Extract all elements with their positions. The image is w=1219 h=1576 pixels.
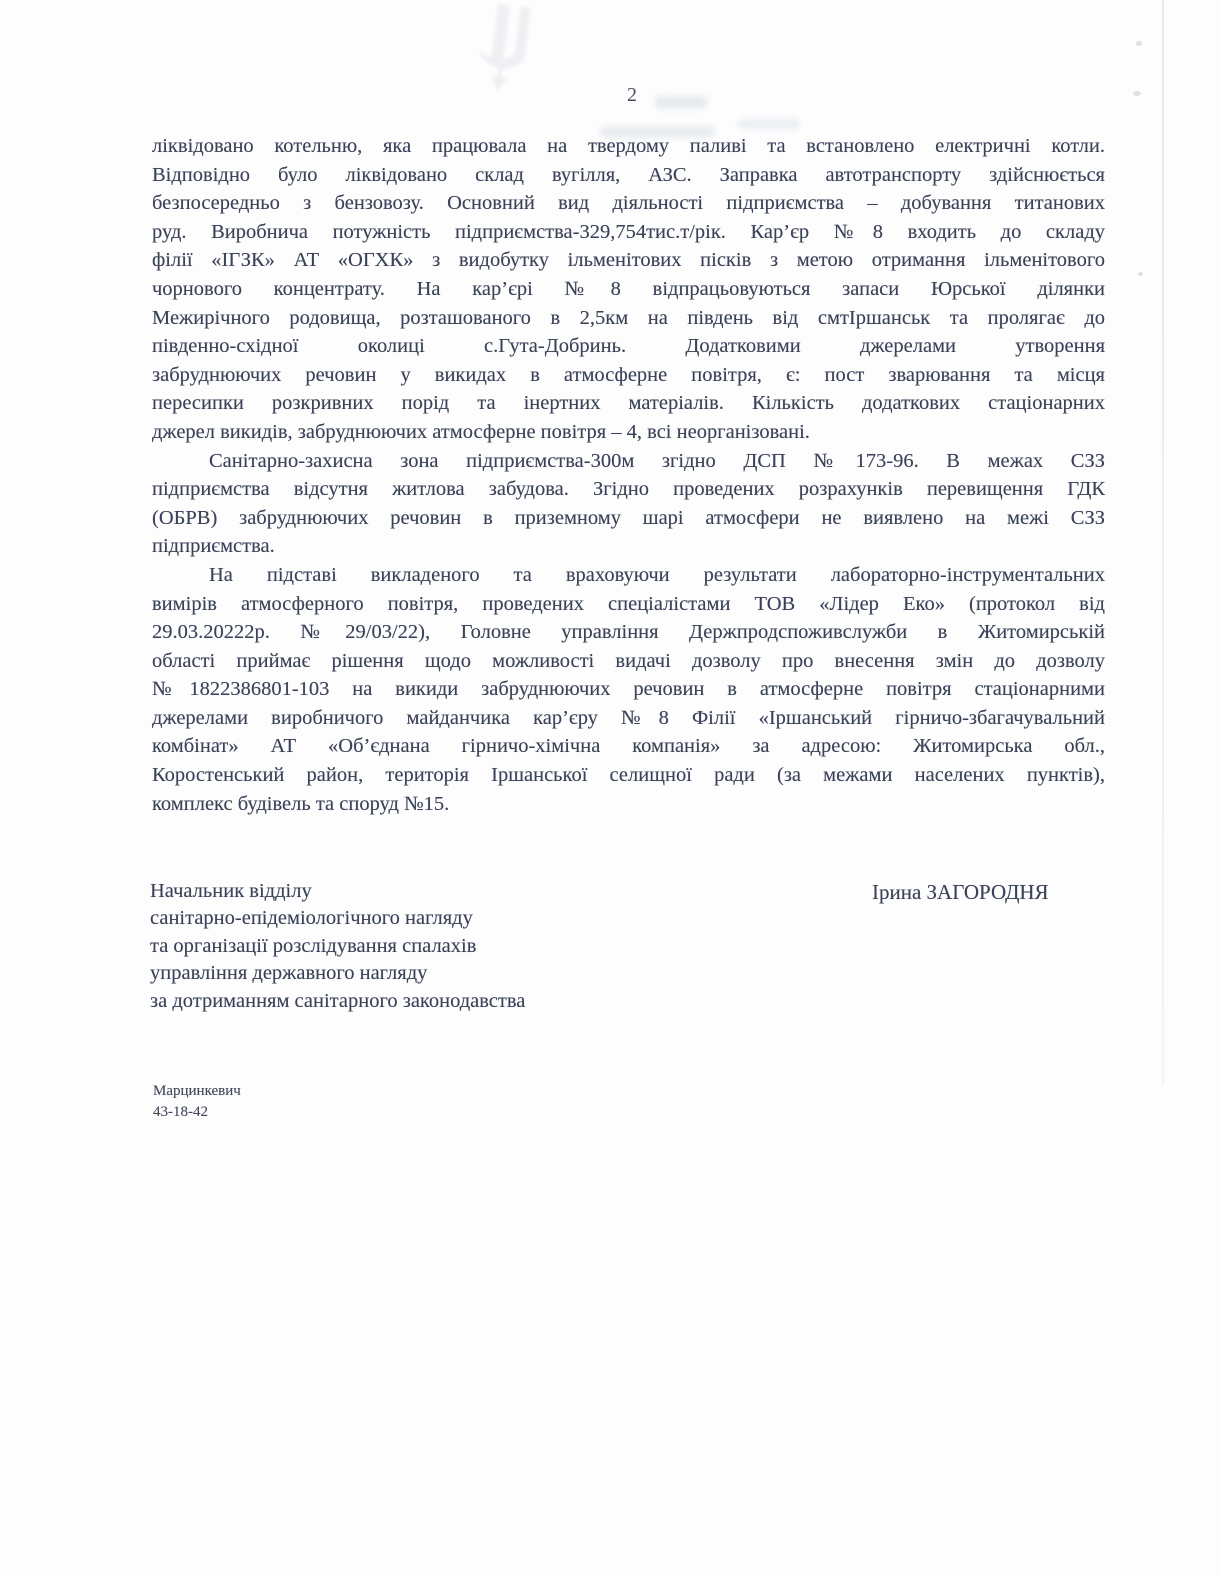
paragraph: На підставі викладеного та враховуючи ре…	[152, 561, 1105, 818]
paragraph: ліквідовано котельню, яка працювала на т…	[152, 132, 1105, 447]
scan-speck	[1133, 91, 1141, 96]
text-line: безпосередньо з бензовозу. Основний вид …	[152, 189, 1105, 218]
text-line: джерелами виробничого майданчика кар’єру…	[152, 704, 1105, 733]
document-body: ліквідовано котельню, яка працювала на т…	[152, 132, 1105, 818]
text-line: На підставі викладеного та враховуючи ре…	[152, 561, 1105, 590]
ghost-text-trace	[655, 96, 707, 109]
signature-title-line: Начальник відділу	[150, 878, 770, 905]
text-line: Межирічного родовища, розташованого в 2,…	[152, 304, 1105, 333]
executor-phone: 43-18-42	[153, 1102, 241, 1123]
signature-title-line: управління державного нагляду	[150, 960, 770, 987]
page-number: 2	[612, 84, 652, 107]
text-line: пересипки розкривних порід та інертних м…	[152, 389, 1105, 418]
scan-speck	[1136, 41, 1142, 46]
signature-title-block: Начальник відділу санітарно-епідеміологі…	[150, 878, 770, 1015]
text-line: вимірів атмосферного повітря, проведених…	[152, 590, 1105, 619]
text-line: Відповідно було ліквідовано склад вугілл…	[152, 161, 1105, 190]
scanned-document-page: 2 ліквідовано котельню, яка працювала на…	[0, 0, 1219, 1576]
paragraph: Санітарно-захисна зона підприємства-300м…	[152, 447, 1105, 561]
executor-block: Марцинкевич 43-18-42	[153, 1081, 241, 1123]
text-line: забруднюючих речовин у викидах в атмосфе…	[152, 361, 1105, 390]
signature-title-line: за дотриманням санітарного законодавства	[150, 988, 770, 1015]
signature-title-line: санітарно-епідеміологічного нагляду	[150, 905, 770, 932]
text-line: комплекс будівель та споруд №15.	[152, 790, 1105, 819]
text-line: чорнового концентрату. На кар’єрі №8 від…	[152, 275, 1105, 304]
ghost-text-trace	[738, 119, 800, 129]
text-line: №1822386801-103 на викиди забруднюючих р…	[152, 675, 1105, 704]
text-line: області приймає рішення щодо можливості …	[152, 647, 1105, 676]
scan-speck	[1138, 272, 1143, 276]
signer-name: Ірина ЗАГОРОДНЯ	[872, 879, 1049, 906]
text-line: 29.03.20222р. №29/03/22), Головне управл…	[152, 618, 1105, 647]
text-line: південно-східної околиці с.Гута-Добринь.…	[152, 332, 1105, 361]
text-line: руд. Виробнича потужність підприємства-3…	[152, 218, 1105, 247]
executor-name: Марцинкевич	[153, 1081, 241, 1102]
scan-edge-line	[1162, 0, 1164, 1085]
text-line: підприємства відсутня житлова забудова. …	[152, 475, 1105, 504]
text-line: Санітарно-захисна зона підприємства-300м…	[152, 447, 1105, 476]
text-line: ліквідовано котельню, яка працювала на т…	[152, 132, 1105, 161]
text-line: підприємства.	[152, 532, 1105, 561]
text-line: джерел викидів, забруднюючих атмосферне …	[152, 418, 1105, 447]
text-line: філії «ІГЗК» АТ «ОГХК» з видобутку ільме…	[152, 246, 1105, 275]
text-line: (ОБРВ) забруднюючих речовин в приземному…	[152, 504, 1105, 533]
text-line: Коростенський район, територія Іршансько…	[152, 761, 1105, 790]
text-line: комбінат» АТ «Об’єднана гірничо-хімічна …	[152, 732, 1105, 761]
signature-title-line: та організації розслідування спалахів	[150, 933, 770, 960]
trident-watermark	[464, 0, 541, 100]
